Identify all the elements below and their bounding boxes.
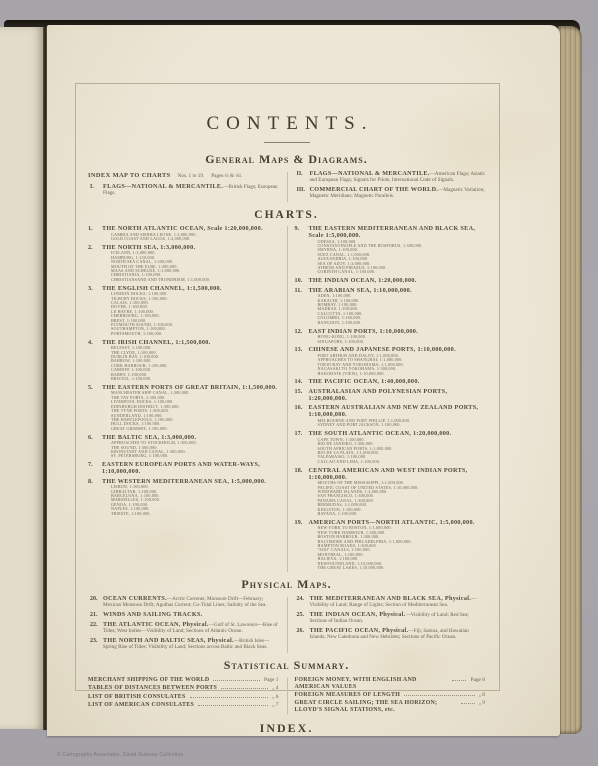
chart-entry: 15.AUSTRALASIAN AND POLYNESIAN PORTS, 1:… xyxy=(295,388,486,402)
entry-body: FLAGS—NATIONAL & MERCANTILE.—British Fla… xyxy=(103,184,278,196)
entry-body: THE INDIAN OCEAN, Physical.—Visibility o… xyxy=(310,612,469,624)
index-map-range: Nos. 1 to 19. xyxy=(178,173,205,179)
summary-label: MERCHANT SHIPPING OF THE WORLD xyxy=(88,677,209,684)
entry-body: THE ATLANTIC OCEAN, Physical.—Gulf of St… xyxy=(103,622,278,634)
entry-number: 1. xyxy=(88,225,93,232)
entry-title: THE PACIFIC OCEAN, Physical. xyxy=(310,627,409,634)
chart-entry: 5.THE EASTERN PORTS OF GREAT BRITAIN, 1:… xyxy=(88,384,279,431)
entry-number: 23. xyxy=(90,638,98,644)
charts-right-column: 9.THE EASTERN MEDITERRANEAN AND BLACK SE… xyxy=(295,225,486,573)
entry-title: THE INDIAN OCEAN, Physical. xyxy=(310,611,406,618)
chart-entry: 19.AMERICAN PORTS—NORTH ATLANTIC, 1:5,00… xyxy=(295,519,486,571)
chart-entry: 1.THE NORTH ATLANTIC OCEAN, Scale 1:20,0… xyxy=(88,225,279,241)
inset-map-list: HONG-KONG, 1:100,000.SINGAPORE, 1:100,00… xyxy=(309,335,486,344)
chart-entry: 18.CENTRAL AMERICAN AND WEST INDIAN PORT… xyxy=(295,467,486,517)
dot-leader xyxy=(404,695,474,696)
summary-label: FOREIGN MEASURES OF LENGTH xyxy=(295,692,401,699)
chart-entry: 11.THE ARABIAN SEA, 1:10,000,000.ADEN, 1… xyxy=(295,287,486,325)
summary-label: GREAT CIRCLE SAILING; THE SEA HORIZON; L… xyxy=(295,700,457,714)
statistical-right-column: FOREIGN MONEY, WITH ENGLISH AND AMERICAN… xyxy=(295,677,486,715)
summary-page-ref: „ 8 xyxy=(479,692,485,698)
physical-maps-right-column: 24.THE MEDITERRANEAN AND BLACK SEA, Phys… xyxy=(295,596,486,654)
entry-number: 15. xyxy=(295,388,303,395)
dot-leader xyxy=(452,680,466,681)
chart-entry: 10.THE INDIAN OCEAN, 1:20,000,000. xyxy=(295,277,486,284)
entry-number: 22. xyxy=(90,622,98,628)
chart-entry: 4.THE IRISH CHANNEL, 1:1,500,000.BELFAST… xyxy=(88,339,279,382)
summary-row: FOREIGN MEASURES OF LENGTH„ 8 xyxy=(295,692,486,699)
dot-leader xyxy=(221,688,268,689)
chart-entry: 6.THE BALTIC SEA, 1:3,000,000.APPROACHES… xyxy=(88,434,279,459)
column-divider xyxy=(287,597,288,653)
summary-label: FOREIGN MONEY, WITH ENGLISH AND AMERICAN… xyxy=(295,677,449,691)
entry-number: III. xyxy=(297,187,306,193)
inset-map-list: NEW YORK TO BOSTON, 1:1,000,000.NEW YORK… xyxy=(309,526,486,571)
entry-number: 3. xyxy=(88,285,93,292)
column-divider xyxy=(287,226,288,572)
entry-number: 13. xyxy=(295,346,303,353)
dot-leader xyxy=(190,697,269,698)
entry-title: THE NORTH AND BALTIC SEAS, Physical. xyxy=(103,637,234,644)
entry-body: THE PACIFIC OCEAN, Physical.—Fiji, Samoa… xyxy=(310,628,469,640)
entry-body: THE MEDITERRANEAN AND BLACK SEA, Physica… xyxy=(310,596,477,608)
inset-map-entry: TRIESTE, 1:100,000. xyxy=(111,512,279,516)
inset-map-entry: GOLD COAST AND LAGOS, 1:2,000,000. xyxy=(111,237,279,241)
map-entry: 25.THE INDIAN OCEAN, Physical.—Visibilit… xyxy=(295,612,486,624)
dot-leader xyxy=(461,703,475,704)
inset-map-entry: GREAT GRIMSBY, 1:100,000. xyxy=(111,427,279,431)
map-entry: 22.THE ATLANTIC OCEAN, Physical.—Gulf of… xyxy=(88,622,279,634)
entry-title: THE MEDITERRANEAN AND BLACK SEA, Physica… xyxy=(310,595,472,602)
entry-number: 24. xyxy=(297,596,305,602)
entry-title: COMMERCIAL CHART OF THE WORLD. xyxy=(310,186,439,193)
inset-map-list: MANCHESTER SHIP CANAL, 1:300,000.THE TAY… xyxy=(102,391,279,431)
entry-number: II. xyxy=(297,171,303,177)
entry-title: THE PACIFIC OCEAN, 1:40,000,000. xyxy=(309,378,486,385)
summary-row: TABLES OF DISTANCES BETWEEN PORTS„ 4 xyxy=(88,685,279,692)
inset-map-list: MELBOURNE AND PORT PHILLIP, 1:1,000,000.… xyxy=(309,418,486,427)
inset-map-list: APPROACHES TO STOCKHOLM, 1:300,000.THE S… xyxy=(102,441,279,459)
chart-entry: 3.THE ENGLISH CHANNEL, 1:1,500,000.LONDO… xyxy=(88,285,279,337)
inset-map-entry: SINGAPORE, 1:100,000. xyxy=(318,340,486,344)
entry-number: I. xyxy=(90,184,94,190)
map-entry: III.COMMERCIAL CHART OF THE WORLD.—Magne… xyxy=(295,187,486,199)
general-maps-right-column: II.FLAGS—NATIONAL & MERCANTILE.—American… xyxy=(295,171,486,203)
entry-title: EASTERN AUSTRALIAN AND NEW ZEALAND PORTS… xyxy=(309,404,486,418)
summary-label: LIST OF AMERICAN CONSULATES xyxy=(88,702,194,709)
entry-number: 4. xyxy=(88,339,93,346)
entry-number: 19. xyxy=(295,519,303,526)
summary-row: MERCHANT SHIPPING OF THE WORLDPage 1 xyxy=(88,677,279,684)
entry-number: 11. xyxy=(295,287,302,294)
section-heading-charts: CHARTS. xyxy=(88,209,485,221)
general-maps-columns: INDEX MAP TO CHARTS Nos. 1 to 19. Pages … xyxy=(88,171,485,203)
summary-row: LIST OF AMERICAN CONSULATES„ 7 xyxy=(88,702,279,709)
entry-title: AUSTRALASIAN AND POLYNESIAN PORTS, 1:20,… xyxy=(309,388,486,402)
general-maps-left-column: INDEX MAP TO CHARTS Nos. 1 to 19. Pages … xyxy=(88,171,279,203)
inset-map-entry: HAVANA, 1:100,000. xyxy=(318,512,486,516)
map-entry: 24.THE MEDITERRANEAN AND BLACK SEA, Phys… xyxy=(295,596,486,608)
summary-page-ref: „ 9 xyxy=(479,700,485,706)
chart-entry: 12.EAST INDIAN PORTS, 1:10,000,000.HONG-… xyxy=(295,328,486,344)
entry-number: 10. xyxy=(295,277,303,284)
entry-number: 2. xyxy=(88,244,93,251)
entry-number: 20. xyxy=(90,596,98,602)
statistical-summary-columns: MERCHANT SHIPPING OF THE WORLDPage 1TABL… xyxy=(88,677,485,715)
map-entry: II.FLAGS—NATIONAL & MERCANTILE.—American… xyxy=(295,171,486,183)
inset-map-list: CAPE TOWN, 1:100,000.RIO DE JANEIRO, 1:3… xyxy=(309,437,486,464)
entry-number: 7. xyxy=(88,461,93,468)
inset-map-list: LONDON DOCKS, 1:100,000.TILBURY DOCKS, 1… xyxy=(102,292,279,337)
statistical-left-column: MERCHANT SHIPPING OF THE WORLDPage 1TABL… xyxy=(88,677,279,715)
chart-entry: 9.THE EASTERN MEDITERRANEAN AND BLACK SE… xyxy=(295,225,486,275)
entry-number: 6. xyxy=(88,434,93,441)
atlas-contents-page: CONTENTS. General Maps & Diagrams. INDEX… xyxy=(47,25,560,736)
entry-number: 18. xyxy=(295,467,303,474)
entry-body: OCEAN CURRENTS.—Arctic Currents; Monsoon… xyxy=(103,596,267,608)
summary-page-ref: „ 4 xyxy=(272,685,278,691)
map-entry: 20.OCEAN CURRENTS.—Arctic Currents; Mons… xyxy=(88,596,279,608)
entry-title: FLAGS—NATIONAL & MERCANTILE. xyxy=(310,170,430,177)
summary-row: FOREIGN MONEY, WITH ENGLISH AND AMERICAN… xyxy=(295,677,486,691)
section-heading-statistical-summary: Statistical Summary. xyxy=(88,658,485,673)
inset-map-entry: CALLAO AND LIMA, 1:100,000. xyxy=(318,460,486,464)
physical-maps-columns: 20.OCEAN CURRENTS.—Arctic Currents; Mons… xyxy=(88,596,485,654)
inset-map-entry: SYDNEY AND PORT JACKSON, 1:100,000. xyxy=(318,423,486,427)
entry-body: WINDS AND SAILING TRACKS. xyxy=(103,612,203,618)
entry-number: 16. xyxy=(295,404,303,411)
dot-leader xyxy=(213,680,260,681)
general-maps-left-list: I.FLAGS—NATIONAL & MERCANTILE.—British F… xyxy=(88,184,279,196)
entry-title: EASTERN EUROPEAN PORTS AND WATER‑WAYS, 1… xyxy=(102,461,279,475)
entry-number: 8. xyxy=(88,478,93,485)
column-divider xyxy=(287,678,288,714)
entry-title: THE INDIAN OCEAN, 1:20,000,000. xyxy=(309,277,486,284)
summary-label: TABLES OF DISTANCES BETWEEN PORTS xyxy=(88,685,217,692)
column-divider xyxy=(287,172,288,202)
map-entry: 26.THE PACIFIC OCEAN, Physical.—Fiji, Sa… xyxy=(295,628,486,640)
chart-entry: 16.EASTERN AUSTRALIAN AND NEW ZEALAND PO… xyxy=(295,404,486,427)
inset-map-entry: PORTSMOUTH, 1:100,000. xyxy=(111,332,279,336)
map-entry: 23.THE NORTH AND BALTIC SEAS, Physical.—… xyxy=(88,638,279,650)
chart-entry: 13.CHINESE AND JAPANESE PORTS, 1:10,000,… xyxy=(295,346,486,376)
entry-number: 9. xyxy=(295,225,300,232)
map-entry: I.FLAGS—NATIONAL & MERCANTILE.—British F… xyxy=(88,184,279,196)
book-page-edges xyxy=(558,26,582,734)
dot-leader xyxy=(198,705,268,706)
entry-number: 26. xyxy=(297,628,305,634)
index-map-label: INDEX MAP TO CHARTS xyxy=(88,172,171,179)
charts-left-column: 1.THE NORTH ATLANTIC OCEAN, Scale 1:20,0… xyxy=(88,225,279,573)
entry-number: 21. xyxy=(90,612,98,618)
chart-entry: 7.EASTERN EUROPEAN PORTS AND WATER‑WAYS,… xyxy=(88,461,279,475)
inset-map-list: MOUTHS OF THE MISSISSIPPI, 1:1,000,000.P… xyxy=(309,481,486,517)
summary-page-ref: „ 7 xyxy=(272,702,278,708)
inset-map-entry: CORINTH CANAL, 1:100,000. xyxy=(318,270,486,274)
entry-title: THE ATLANTIC OCEAN, Physical. xyxy=(103,621,209,628)
chart-entry: 2.THE NORTH SEA, 1:3,000,000.ICELAND, 1:… xyxy=(88,244,279,282)
inset-map-entry: RANGOON, 1:100,000. xyxy=(318,321,486,325)
inset-map-list: GAMBIA AND SIERRA LEONE, 1:2,000,000.GOL… xyxy=(102,232,279,241)
summary-page-ref: Page 1 xyxy=(264,677,279,683)
index-heading: INDEX. xyxy=(88,721,485,736)
inset-map-list: LISBON, 1:100,000.GIBRALTAR, 1:100,000.B… xyxy=(102,485,279,516)
inset-map-entry: ST. PETERSBURG, 1:100,000. xyxy=(111,454,279,458)
summary-page-ref: Page 8 xyxy=(470,677,485,683)
physical-maps-left-column: 20.OCEAN CURRENTS.—Arctic Currents; Mons… xyxy=(88,596,279,654)
entry-number: 5. xyxy=(88,384,93,391)
summary-row: GREAT CIRCLE SAILING; THE SEA HORIZON; L… xyxy=(295,700,486,714)
chart-entry: 17.THE SOUTH ATLANTIC OCEAN, 1:20,000,00… xyxy=(295,430,486,464)
inset-map-list: BELFAST, 1:100,000.THE CLYDE, 1:100,000.… xyxy=(102,346,279,382)
entry-title: THE EASTERN MEDITERRANEAN AND BLACK SEA,… xyxy=(309,225,486,239)
summary-row: LIST OF BRITISH CONSULATES„ 6 xyxy=(88,694,279,701)
opposite-page-edge xyxy=(0,27,45,729)
inset-map-entry: BRISTOL, 1:100,000. xyxy=(111,377,279,381)
chart-entry: 14.THE PACIFIC OCEAN, 1:40,000,000. xyxy=(295,378,486,385)
inset-map-entry: CHRISTIANSAND AND TRONDHJEM, 1:1,000,000… xyxy=(111,278,279,282)
chart-entry: 8.THE WESTERN MEDITERRANEAN SEA, 1:5,000… xyxy=(88,478,279,516)
entry-number: 17. xyxy=(295,430,303,437)
entry-number: 12. xyxy=(295,328,303,335)
page-content: CONTENTS. General Maps & Diagrams. INDEX… xyxy=(88,113,485,736)
inset-map-entry: THE GREAT LAKES, 1:10,000,000. xyxy=(318,566,486,570)
section-heading-general-maps: General Maps & Diagrams. xyxy=(88,152,485,167)
index-map-pages: Pages vi & vii. xyxy=(211,173,242,179)
entry-title: OCEAN CURRENTS. xyxy=(103,595,167,602)
title-divider xyxy=(264,142,310,143)
collection-watermark: © Cartography Associates, David Rumsey C… xyxy=(57,752,183,758)
entry-number: 14. xyxy=(295,378,303,385)
entry-title: WINDS AND SAILING TRACKS. xyxy=(103,611,203,618)
inset-map-entry: HAKODATE (VIEW), 1:10,000,000. xyxy=(318,372,486,376)
inset-map-list: ADEN, 1:100,000.KARACHI, 1:100,000.BOMBA… xyxy=(309,294,486,325)
summary-page-ref: „ 6 xyxy=(272,694,278,700)
entry-number: 25. xyxy=(297,612,305,618)
entry-body: THE NORTH AND BALTIC SEAS, Physical.—Bri… xyxy=(103,638,269,650)
map-entry: 21.WINDS AND SAILING TRACKS. xyxy=(88,612,279,618)
inset-map-list: ICELAND, 1:3,000,000.HAMBURG, 1:150,000.… xyxy=(102,251,279,282)
section-heading-physical-maps: Physical Maps. xyxy=(88,577,485,592)
inset-map-list: ODESSA, 1:100,000.CONSTANTINOPLE AND THE… xyxy=(309,239,486,275)
page-title: CONTENTS. xyxy=(88,113,485,135)
inset-map-list: PORT ARTHUR AND DALNY, 1:1,000,000.APPRO… xyxy=(309,353,486,376)
charts-columns: 1.THE NORTH ATLANTIC OCEAN, Scale 1:20,0… xyxy=(88,225,485,573)
entry-title: FLAGS—NATIONAL & MERCANTILE. xyxy=(103,183,223,190)
index-map-to-charts-row: INDEX MAP TO CHARTS Nos. 1 to 19. Pages … xyxy=(88,172,279,179)
entry-body: COMMERCIAL CHART OF THE WORLD.—Magnetic … xyxy=(310,187,485,199)
entry-body: FLAGS—NATIONAL & MERCANTILE.—American Fl… xyxy=(310,171,486,183)
entry-title: THE NORTH ATLANTIC OCEAN, Scale 1:20,000… xyxy=(102,225,279,232)
summary-label: LIST OF BRITISH CONSULATES xyxy=(88,694,186,701)
entry-title: CENTRAL AMERICAN AND WEST INDIAN PORTS, … xyxy=(309,467,486,481)
